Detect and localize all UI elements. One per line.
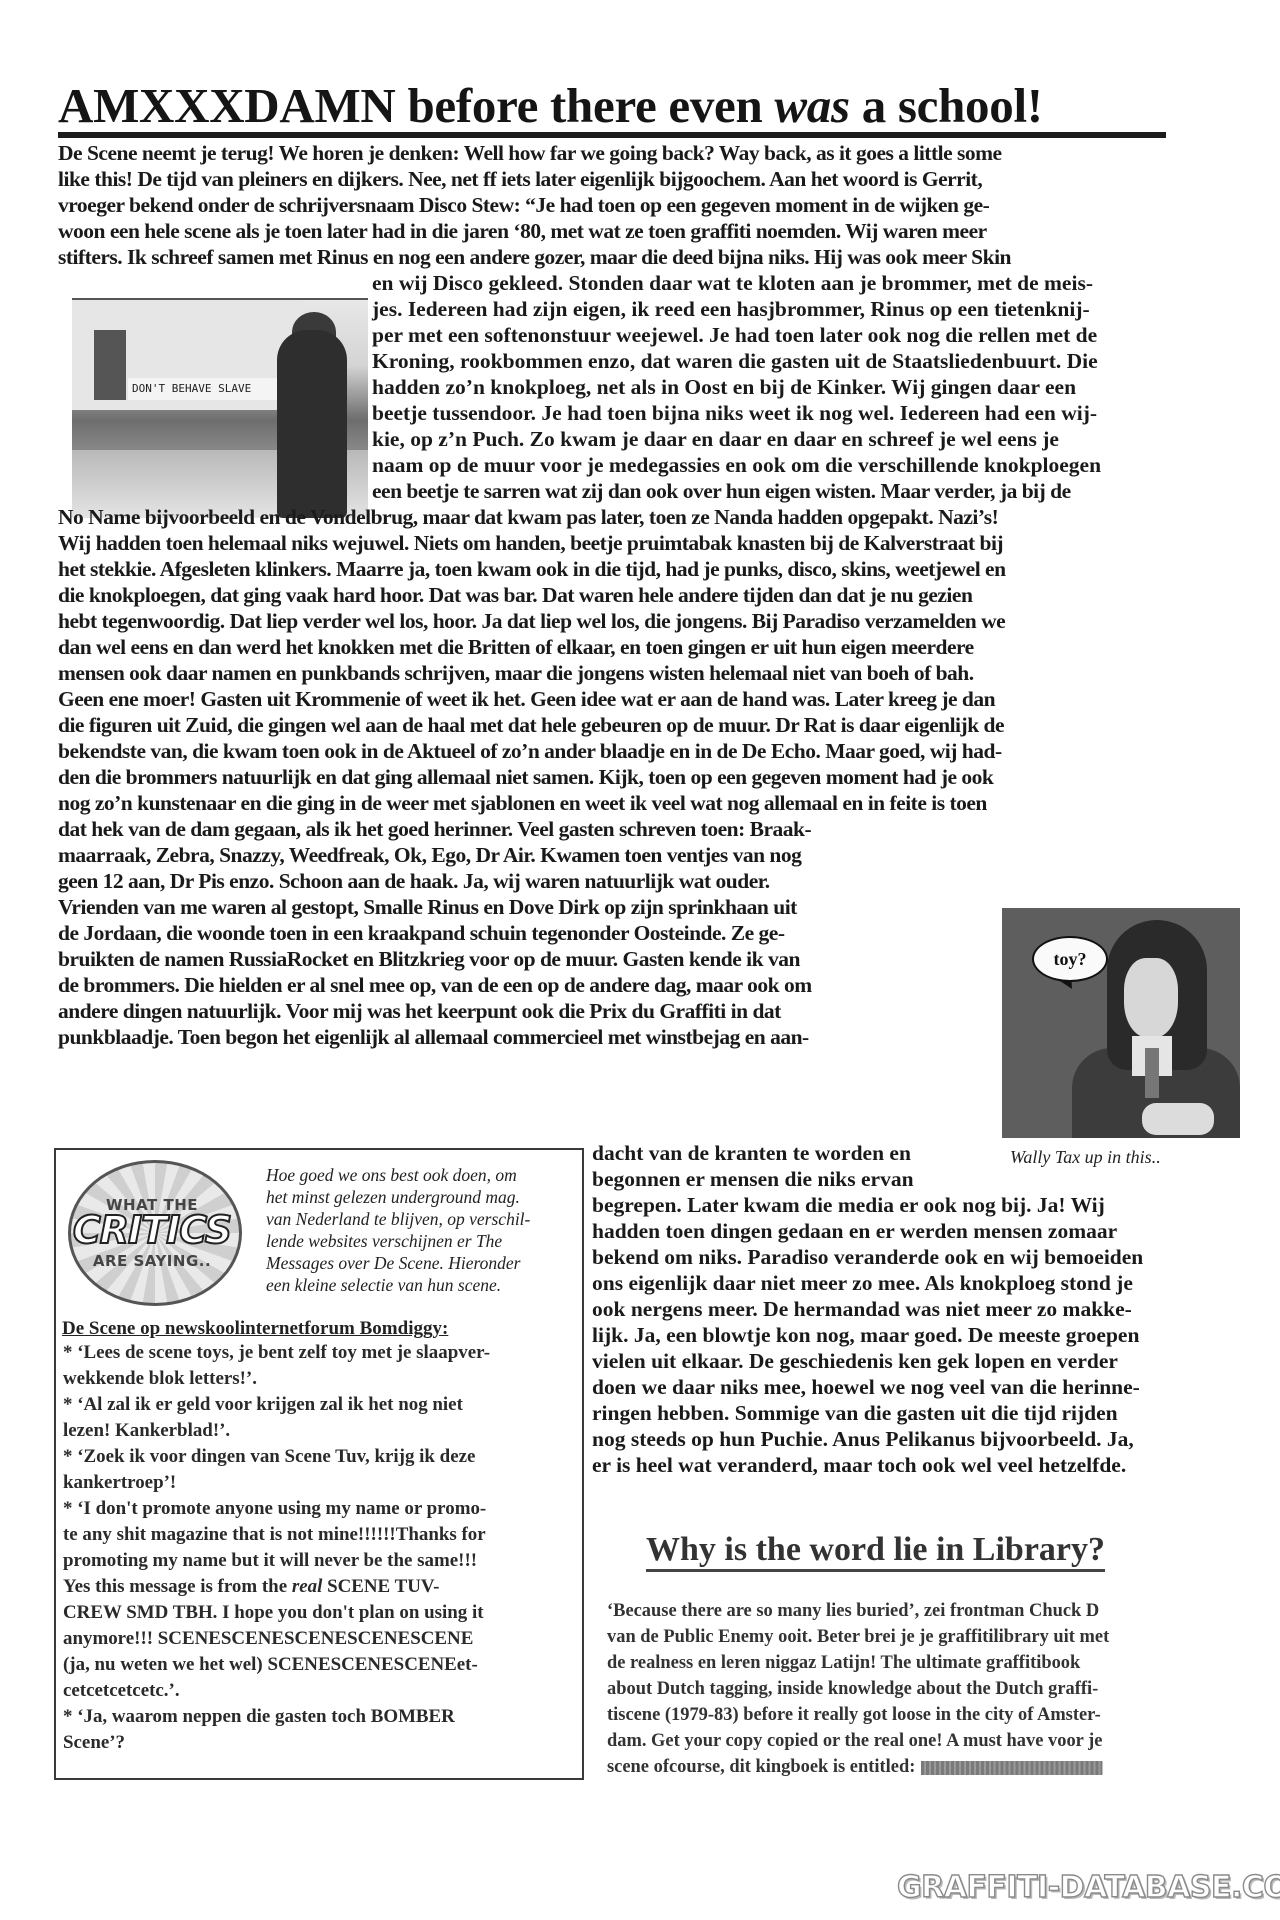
headline-text: AMXXXDAMN before there even [58, 78, 774, 133]
quote-line: wekkende blok letters!’. [63, 1366, 573, 1392]
critics-heading: De Scene op newskoolinternetforum Bomdig… [62, 1318, 448, 1340]
library-line: van de Public Enemy ooit. Beter brei je … [607, 1624, 1225, 1650]
body-line: dat hek van de dam gegaan, als ik het go… [58, 816, 811, 842]
quote-italic-word: real [292, 1576, 322, 1597]
quote-line: CREW SMD TBH. I hope you don't plan on u… [63, 1600, 573, 1626]
library-last-text: scene ofcourse, dit kingboek is entitled… [607, 1757, 915, 1777]
quote-line: * ‘Lees de scene toys, je bent zelf toy … [63, 1340, 573, 1366]
critics-box: WHAT THE CRITICS ARE SAYING.. Hoe goed w… [54, 1148, 584, 1780]
body-line: like this! De tijd van pleiners en dijke… [58, 166, 982, 192]
wally-tax-caption: Wally Tax up in this.. [1010, 1146, 1240, 1168]
wally-tax-photo: toy? [1002, 908, 1240, 1138]
body-line: ons eigenlijk daar niet meer zo mee. Als… [592, 1270, 1133, 1296]
quote-line: * ‘Ja, waarom neppen die gasten toch BOM… [63, 1704, 573, 1730]
quote-line: * ‘I don't promote anyone using my name … [63, 1496, 573, 1522]
body-line: jes. Iedereen had zijn eigen, ik reed ee… [372, 296, 1090, 322]
library-line: tiscene (1979-83) before it really got l… [607, 1702, 1225, 1728]
library-line: ‘Because there are so many lies buried’,… [607, 1598, 1225, 1624]
zine-page: AMXXXDAMN before there even was a school… [0, 0, 1280, 1920]
critics-intro: Hoe goed we ons best ook doen, om het mi… [266, 1164, 576, 1296]
quote-line: * ‘Zoek ik voor dingen van Scene Tuv, kr… [63, 1444, 573, 1470]
body-line: dan wel eens en dan werd het knokken met… [58, 634, 974, 660]
library-body: ‘Because there are so many lies buried’,… [606, 1598, 1226, 1780]
photo-hand [1142, 1103, 1214, 1135]
body-line: Kroning, rookbommen enzo, dat waren die … [372, 348, 1098, 374]
quote-line: (ja, nu weten we het wel) SCENESCENESCEN… [63, 1652, 573, 1678]
quote-text: Yes this message is from the [63, 1576, 292, 1597]
body-line: De Scene neemt je terug! We horen je den… [58, 140, 1002, 166]
body-line: er is heel wat veranderd, maar toch ook … [592, 1452, 1126, 1478]
body-line: en wij Disco gekleed. Stonden daar wat t… [372, 270, 1093, 296]
body-line: bekendste van, die kwam toen ook in de A… [58, 738, 1002, 764]
body-line: kie, op z’n Puch. Zo kwam je daar en daa… [372, 426, 1059, 452]
redacted-title-bar [921, 1761, 1102, 1775]
body-line: begrepen. Later kwam die media er ook no… [592, 1192, 1105, 1218]
library-title: Why is the word lie in Library? [646, 1531, 1105, 1572]
quote-line: kankertroep’! [63, 1470, 573, 1496]
critics-badge: WHAT THE CRITICS ARE SAYING.. [68, 1160, 236, 1300]
headline-italic-word: was [774, 78, 849, 133]
body-line: bekend om niks. Paradiso veranderde ook … [592, 1244, 1143, 1270]
body-line: naam op de muur voor je medegassies en o… [372, 452, 1101, 478]
quote-line: promoting my name but it will never be t… [63, 1548, 573, 1574]
intro-line: Hoe goed we ons best ook doen, om [266, 1164, 576, 1186]
body-line: hadden zo’n knokploeg, net als in Oost e… [372, 374, 1076, 400]
quote-line: anymore!!! SCENESCENESCENESCENESCENE [63, 1626, 573, 1652]
body-line: vroeger bekend onder de schrijversnaam D… [58, 192, 989, 218]
article-headline: AMXXXDAMN before there even was a school… [58, 78, 1168, 134]
body-line: doen we daar niks mee, hoewel we nog vee… [592, 1374, 1140, 1400]
speech-bubble: toy? [1032, 936, 1108, 982]
library-line: about Dutch tagging, inside knowledge ab… [607, 1676, 1225, 1702]
body-line: andere dingen natuurlijk. Voor mij was h… [58, 998, 781, 1024]
quote-line: * ‘Al zal ik er geld voor krijgen zal ik… [63, 1392, 573, 1418]
badge-main-text: CRITICS [68, 1208, 236, 1252]
headline-text-end: a school! [850, 78, 1043, 133]
headline-rule [58, 132, 1166, 138]
photo-banner-graffiti: DON'T BEHAVE SLAVE [128, 378, 282, 400]
critics-quotes: * ‘Lees de scene toys, je bent zelf toy … [62, 1340, 574, 1756]
body-line: dacht van de kranten te worden en [592, 1140, 911, 1166]
photo-face [1124, 958, 1178, 1038]
body-line: die knokploegen, dat ging vaak hard hoor… [58, 582, 972, 608]
body-line: begonnen er mensen die niks ervan [592, 1166, 914, 1192]
body-line: die figuren uit Zuid, die gingen wel aan… [58, 712, 1004, 738]
body-line: den die brommers natuurlijk en dat ging … [58, 764, 993, 790]
body-line: nog steeds op hun Puchie. Anus Pelikanus… [592, 1426, 1134, 1452]
intro-line: het minst gelezen underground mag. [266, 1186, 576, 1208]
body-line: Geen ene moer! Gasten uit Krommenie of w… [58, 686, 995, 712]
quote-line: lezen! Kankerblad!’. [63, 1418, 573, 1444]
body-line: mensen ook daar namen en punkbands schri… [58, 660, 974, 686]
quote-text: SCENE TUV- [322, 1576, 439, 1597]
intro-line: van Nederland te blijven, op verschil- [266, 1208, 576, 1230]
body-line: Wij hadden toen helemaal niks wejuwel. N… [58, 530, 1003, 556]
body-line: ringen hebben. Sommige van die gasten ui… [592, 1400, 1118, 1426]
library-line: de realness en leren niggaz Latijn! The … [607, 1650, 1225, 1676]
quote-line: cetcetcetcetc.’. [63, 1678, 573, 1704]
body-line: hadden toen dingen gedaan en er werden m… [592, 1218, 1117, 1244]
photo-door [94, 330, 126, 400]
photo-riot-officer [277, 330, 347, 518]
body-line: de brommers. Die hielden er al snel mee … [58, 972, 812, 998]
body-line: de Jordaan, die woonde toen in een kraak… [58, 920, 785, 946]
body-line: woon een hele scene als je toen later ha… [58, 218, 987, 244]
body-line: maarraak, Zebra, Snazzy, Weedfreak, Ok, … [58, 842, 801, 868]
photo-tie [1145, 1048, 1159, 1098]
body-line: het stekkie. Afgesleten klinkers. Maarre… [58, 556, 1006, 582]
body-line: ook nergens meer. De hermandad was niet … [592, 1296, 1132, 1322]
quote-line: te any shit magazine that is not mine!!!… [63, 1522, 573, 1548]
intro-line: Messages over De Scene. Hieronder [266, 1252, 576, 1274]
body-line: punkblaadje. Toen begon het eigenlijk al… [58, 1024, 809, 1050]
watermark-logo: GRAFFITI-DATABASE.COM [897, 1870, 1280, 1905]
riot-photo: DON'T BEHAVE SLAVE [72, 298, 368, 518]
intro-line: lende websites verschijnen er The [266, 1230, 576, 1252]
library-line: dam. Get your copy copied or the real on… [607, 1728, 1225, 1754]
body-line: geen 12 aan, Dr Pis enzo. Schoon aan de … [58, 868, 770, 894]
body-line: stifters. Ik schreef samen met Rinus en … [58, 244, 1011, 270]
body-line: vielen uit elkaar. De geschiedenis ken g… [592, 1348, 1118, 1374]
library-line: scene ofcourse, dit kingboek is entitled… [607, 1754, 1225, 1780]
quote-line: Yes this message is from the real SCENE … [63, 1574, 573, 1600]
body-line: hebt tegenwoordig. Dat liep verder wel l… [58, 608, 1005, 634]
body-line: No Name bijvoorbeeld en de Vondelbrug, m… [58, 504, 998, 530]
body-line: nog zo’n kunstenaar en die ging in de we… [58, 790, 987, 816]
body-line: Vrienden van me waren al gestopt, Smalle… [58, 894, 797, 920]
body-line: lijk. Ja, een blowtje kon nog, maar goed… [592, 1322, 1139, 1348]
body-line: beetje tussendoor. Je had toen bijna nik… [372, 400, 1097, 426]
quote-line: Scene’? [63, 1730, 573, 1756]
body-line: bruikten de namen RussiaRocket en Blitzk… [58, 946, 800, 972]
badge-bottom-text: ARE SAYING.. [68, 1252, 236, 1270]
intro-line: een kleine selectie van hun scene. [266, 1274, 576, 1296]
body-line: per met een softenonstuur weejewel. Je h… [372, 322, 1097, 348]
body-line: een beetje te sarren wat zij dan ook ove… [372, 478, 1071, 504]
